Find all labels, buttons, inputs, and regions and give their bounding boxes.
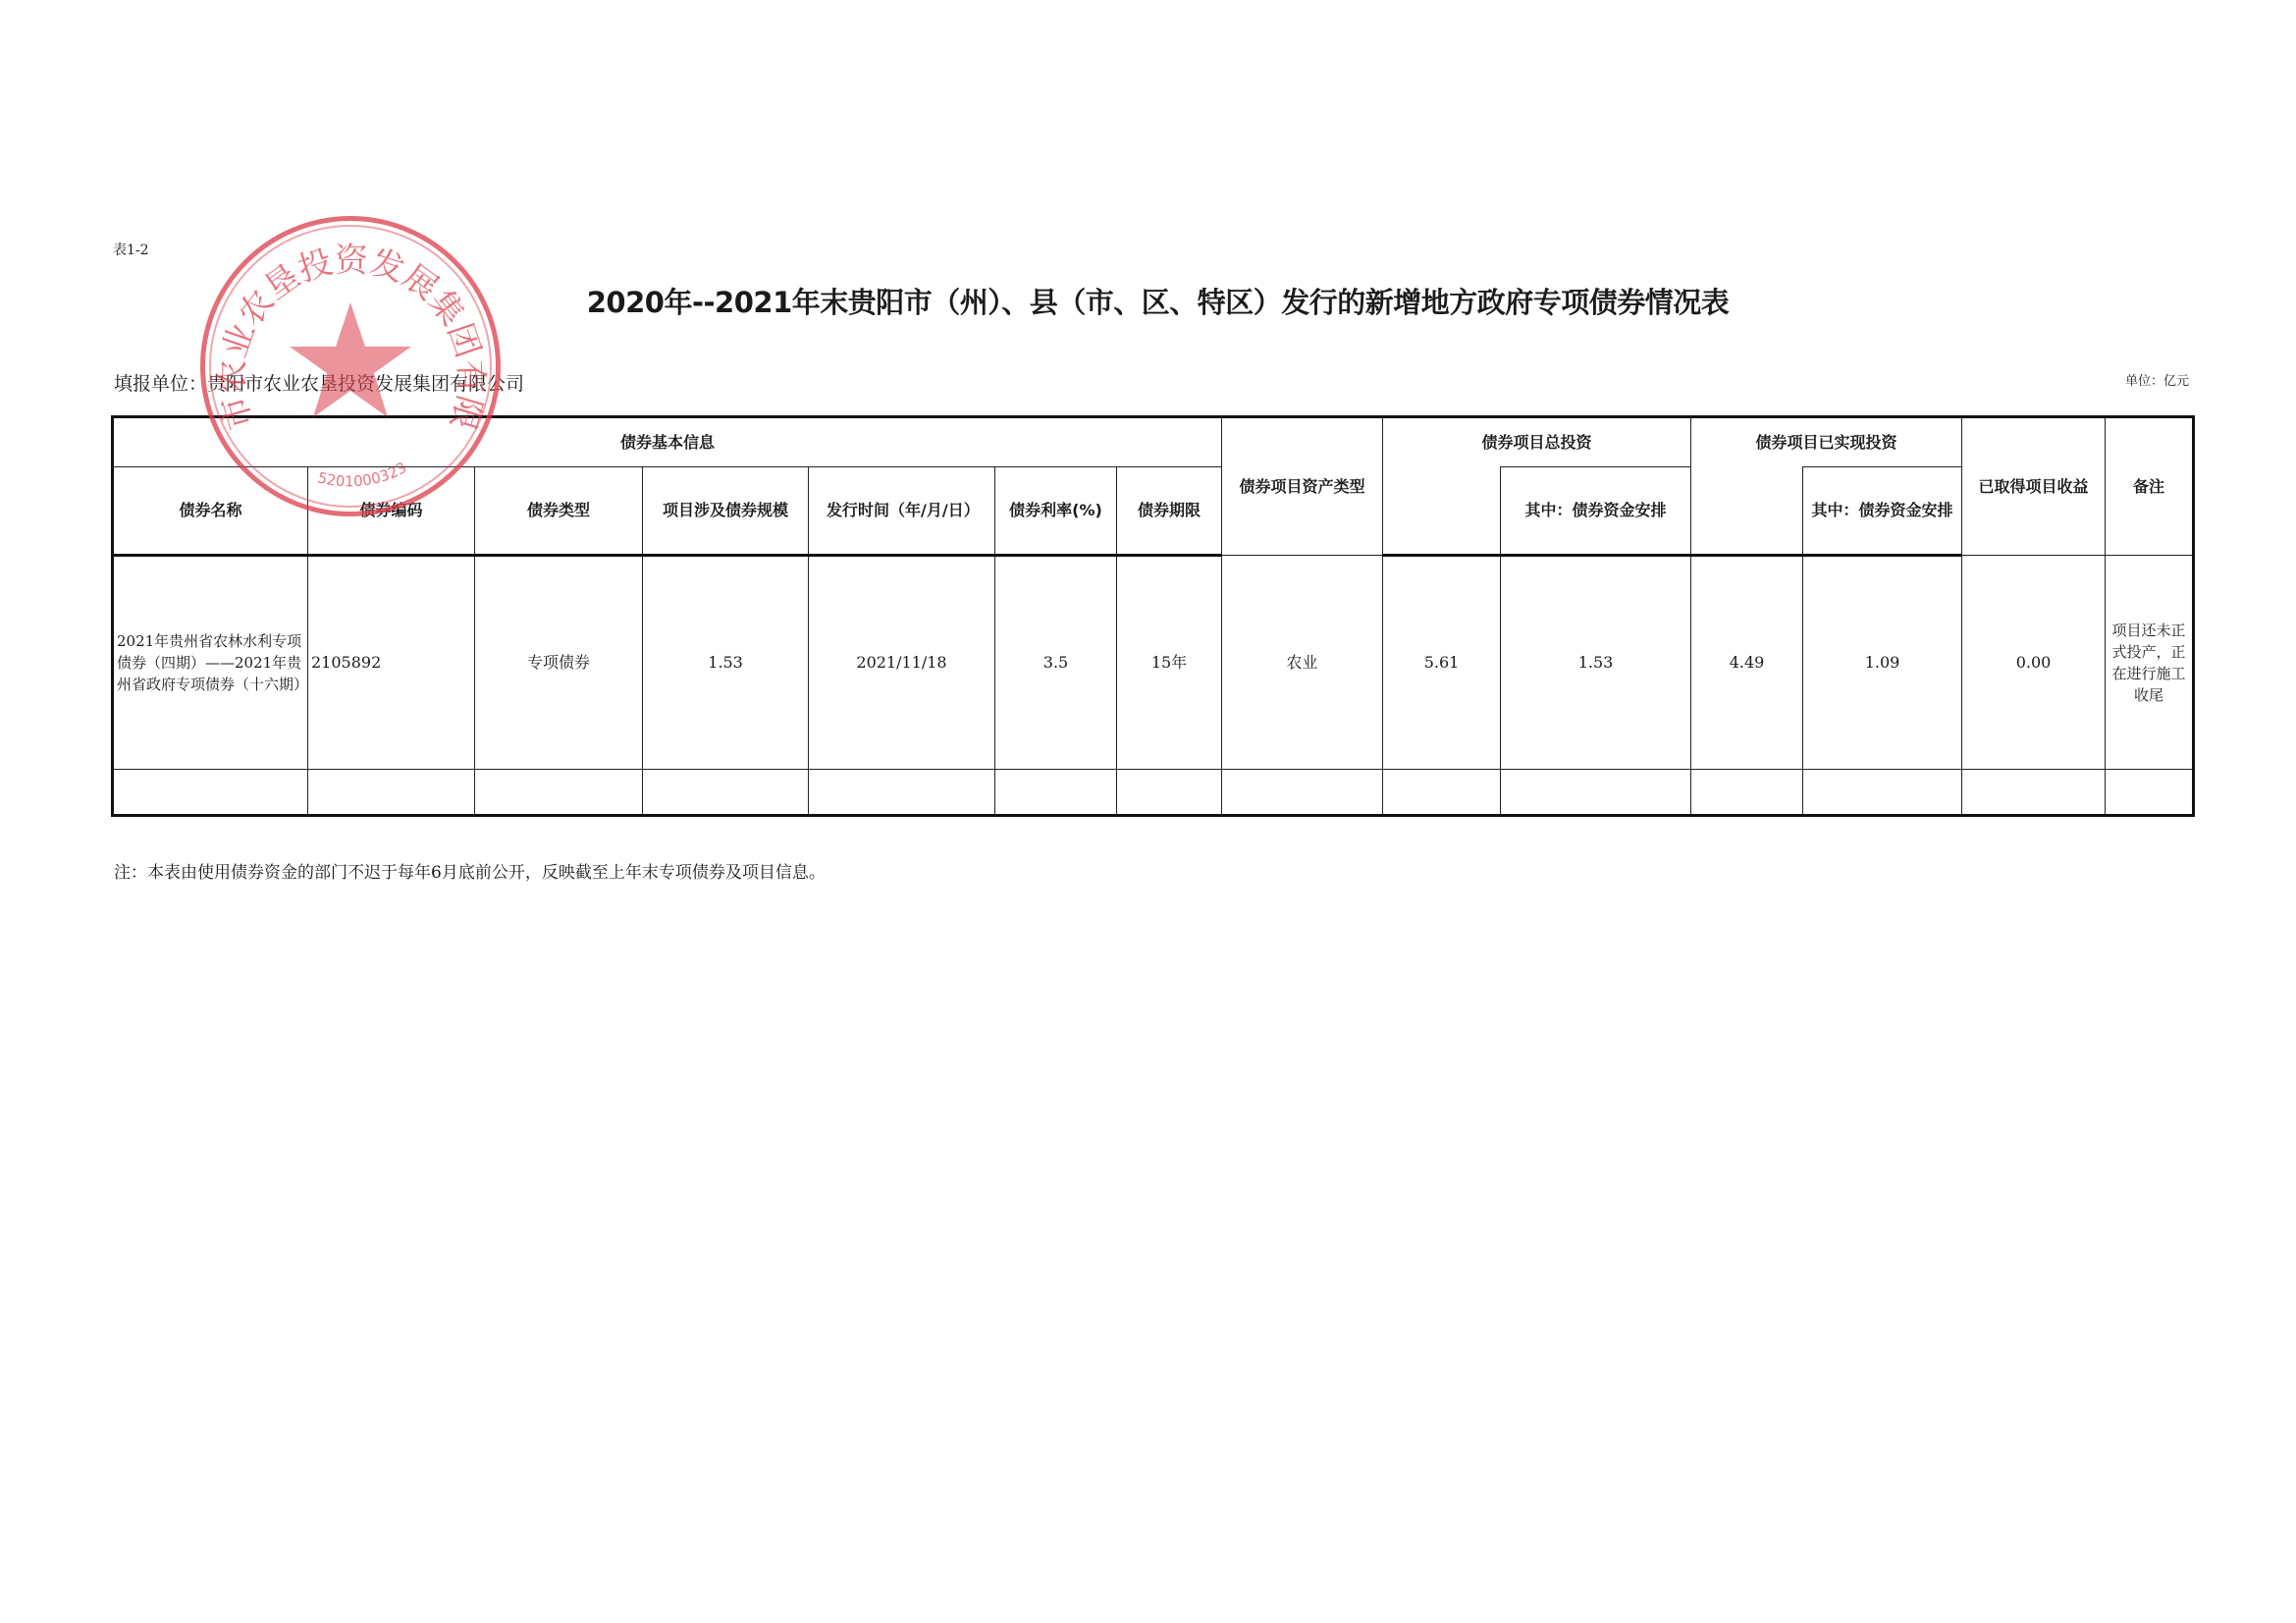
unit-label: 单位：亿元 [2125,370,2189,389]
cell-bond-code: 2105892 [308,556,475,770]
cell-term: 15年 [1117,556,1222,770]
cell-bond-type: 专项债券 [475,556,643,770]
cell-issue-date: 2021/11/18 [809,556,995,770]
header-realized-investment-blank [1691,467,1803,556]
header-total-bond-funds: 其中：债券资金安排 [1501,467,1691,556]
header-total-investment-blank [1383,467,1501,556]
cell-income [1962,770,2106,816]
cell-total-bond-funds [1501,770,1691,816]
cell-realized-bond-funds [1803,770,1962,816]
cell-remark [2106,770,2194,816]
footnote: 注：本表由使用债券资金的部门不迟于每年6月底前公开，反映截至上年末专项债券及项目… [114,858,826,883]
cell-realized-bond-funds: 1.09 [1803,556,1962,770]
header-rate: 债券利率(%) [995,467,1117,556]
cell-realized-investment: 4.49 [1691,556,1803,770]
header-income: 已取得项目收益 [1962,417,2106,556]
header-remark: 备注 [2106,417,2194,556]
header-bond-name: 债券名称 [113,467,308,556]
cell-bond-type [475,770,643,816]
cell-realized-investment [1691,770,1803,816]
filler-label: 填报单位： [114,373,207,395]
page-title: 2020年--2021年末贵阳市（州）、县（市、区、特区）发行的新增地方政府专项… [0,281,2296,321]
seal-ring-text: 贵阳市农业农垦投资发展集团有限公司 [200,216,490,434]
cell-asset-type: 农业 [1222,556,1383,770]
bond-table: 债券基本信息 债券项目资产类型 债券项目总投资 债券项目已实现投资 已取得项目收… [111,415,2195,817]
filler-unit: 贵阳市农业农垦投资发展集团有限公司 [207,373,524,395]
cell-rate: 3.5 [995,556,1117,770]
cell-bond-code [308,770,475,816]
cell-total-investment [1383,770,1501,816]
filler-line: 填报单位：贵阳市农业农垦投资发展集团有限公司 [114,369,524,396]
table-row [113,770,2194,816]
header-issue-date: 发行时间（年/月/日） [809,467,995,556]
header-total-investment: 债券项目总投资 [1383,417,1691,467]
header-asset-type: 债券项目资产类型 [1222,417,1383,556]
title-text: 2020年--2021年末贵阳市（州）、县（市、区、特区）发行的新增地方政府专项… [587,286,1730,319]
cell-bond-scale [643,770,809,816]
svg-text:贵阳市农业农垦投资发展集团有限公司: 贵阳市农业农垦投资发展集团有限公司 [200,216,490,434]
cell-term [1117,770,1222,816]
cell-issue-date [809,770,995,816]
cell-rate [995,770,1117,816]
cell-bond-name: 2021年贵州省农林水利专项债券（四期）——2021年贵州省政府专项债券（十六期… [113,556,308,770]
header-realized-investment: 债券项目已实现投资 [1691,417,1962,467]
header-bond-code: 债券编码 [308,467,475,556]
header-term: 债券期限 [1117,467,1222,556]
cell-remark: 项目还未正式投产，正在进行施工收尾 [2106,556,2194,770]
table-number: 表1-2 [113,240,149,259]
table-row: 2021年贵州省农林水利专项债券（四期）——2021年贵州省政府专项债券（十六期… [113,556,2194,770]
cell-asset-type [1222,770,1383,816]
header-realized-bond-funds: 其中：债券资金安排 [1803,467,1962,556]
cell-income: 0.00 [1962,556,2106,770]
header-bond-scale: 项目涉及债券规模 [643,467,809,556]
header-basic-info: 债券基本信息 [113,417,1222,467]
header-bond-type: 债券类型 [475,467,643,556]
cell-bond-scale: 1.53 [643,556,809,770]
cell-total-bond-funds: 1.53 [1501,556,1691,770]
cell-total-investment: 5.61 [1383,556,1501,770]
cell-bond-name [113,770,308,816]
